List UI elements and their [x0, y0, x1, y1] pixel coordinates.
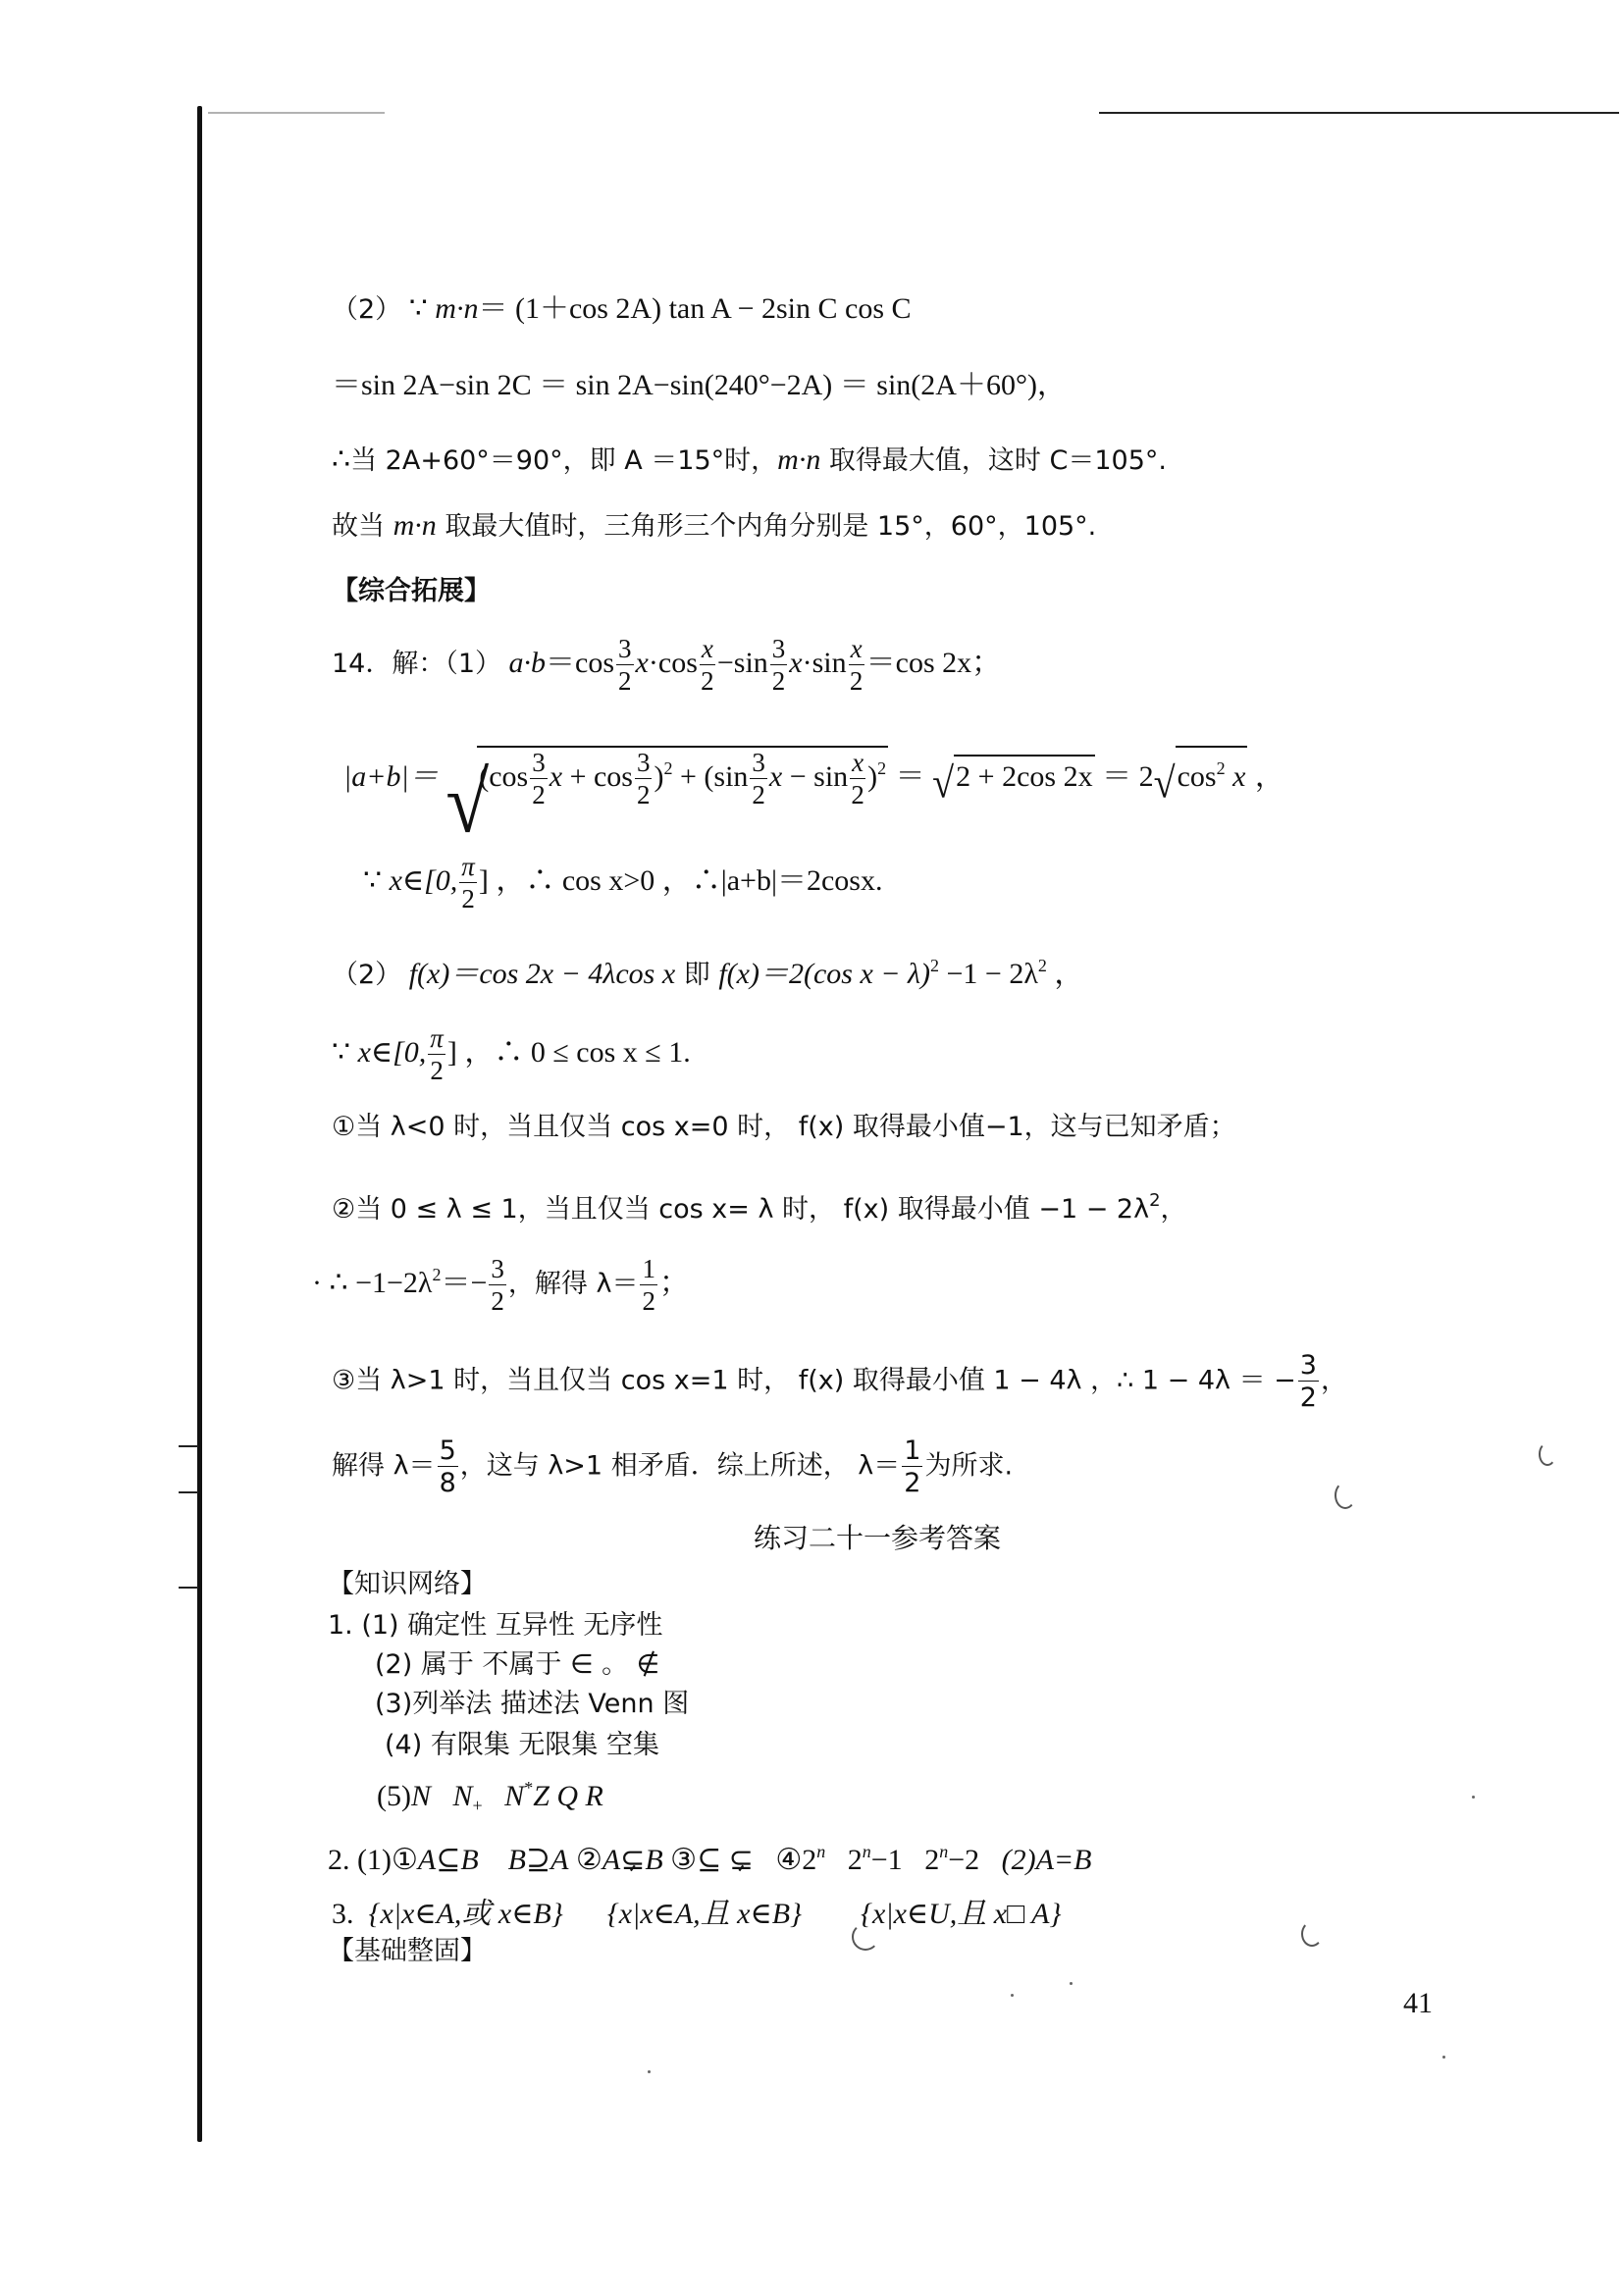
fraction: 32: [1298, 1352, 1319, 1411]
top-rule-faint-left: [208, 112, 385, 114]
fraction: x2: [850, 750, 865, 809]
square-root: 2 + 2cos 2x: [932, 755, 1094, 796]
q14-ab-line: 14．解：（1） a·b＝cos32x·cosx2−sin32x·sinx2＝c…: [332, 636, 1001, 695]
fraction: π2: [459, 854, 477, 913]
scan-artifact: [1070, 1982, 1073, 1985]
fraction: 12: [902, 1437, 922, 1496]
exercise21-title: 练习二十一参考答案: [754, 1520, 1001, 1557]
q14-range-line: ∵ x∈[0,π2] ，∴ 0 ≤ cos x ≤ 1.: [332, 1025, 691, 1084]
page-number: 41: [1403, 1987, 1433, 2020]
item1-line1: 1. (1) 确定性 互异性 无序性: [328, 1607, 662, 1644]
scan-artifact: [1011, 1994, 1014, 1997]
item1-line4: (4) 有限集 无限集 空集: [385, 1727, 659, 1764]
q14-abs-line: |a+b|＝ (cos32x + cos32)2 + (sin32x − sin…: [343, 746, 1284, 809]
section-heading-knowledge: 【知识网络】: [328, 1566, 487, 1603]
section-heading-foundation: 【基础整固】: [328, 1933, 487, 1970]
fraction: 58: [438, 1437, 458, 1496]
scan-artifact: [1335, 1482, 1356, 1509]
fraction: x2: [700, 636, 715, 695]
scan-artifact: [1539, 1442, 1556, 1466]
fraction: 12: [640, 1256, 657, 1315]
union-set: {x|x∈A,或 x∈B}: [369, 1898, 563, 1930]
q14-case3: ③当 λ>1 时，当且仅当 cos x=1 时， f(x) 取得最小值 1 − …: [332, 1352, 1347, 1411]
scan-artifact: [1301, 1921, 1323, 1947]
item2-line: 2. (1)①A⊆B B⊇A ②A⊊B ③⊆ ⊊ ④2n 2n−1 2n−2 (…: [328, 1833, 1091, 1879]
part2-line4: 故当 m·n 取最大值时，三角形三个内角分别是 15°，60°，105°.: [332, 507, 1096, 546]
scan-artifact: [648, 2070, 651, 2073]
margin-tick: [179, 1445, 198, 1447]
left-margin-rule: [197, 106, 202, 2142]
fraction: 32: [770, 636, 788, 695]
top-rule: [1099, 112, 1619, 114]
fraction: 32: [530, 750, 548, 809]
scan-artifact: [1472, 1796, 1475, 1799]
part2-line2: ＝sin 2A−sin 2C ＝ sin 2A−sin(240°−2A) ＝ s…: [332, 367, 1067, 404]
fraction: x2: [849, 636, 864, 695]
fraction: 32: [635, 750, 653, 809]
scanned-page: （2） ∵ m·n＝ (1＋cos 2A) tan A − 2sin C cos…: [0, 0, 1623, 2296]
fraction: 32: [489, 1256, 506, 1315]
q14-case1: ①当 λ<0 时，当且仅当 cos x=0 时， f(x) 取得最小值−1，这与…: [332, 1109, 1236, 1146]
fraction: π2: [428, 1025, 445, 1084]
item3-line: 3. {x|x∈A,或 x∈B} {x|x∈A,且 x∈B} {x|x∈U,且 …: [332, 1896, 1062, 1933]
item1-line2: (2) 属于 不属于 ∈ 。 ∉: [375, 1646, 659, 1684]
square-root: cos2 x: [1154, 746, 1248, 796]
item1-line5: (5)N N+ N*Z Q R: [377, 1769, 603, 1824]
section-heading-comprehensive: 【综合拓展】: [332, 573, 491, 610]
fraction: 32: [616, 636, 634, 695]
item1-line3: (3)列举法 描述法 Venn 图: [375, 1686, 689, 1723]
part2-line1: （2） ∵ m·n＝ (1＋cos 2A) tan A − 2sin C cos…: [332, 290, 912, 329]
intersection-set: {x|x∈A,且 x∈B}: [607, 1898, 802, 1930]
part2-line3: ∴当 2A+60°＝90°，即 A ＝15°时，m·n 取得最大值，这时 C＝1…: [332, 442, 1167, 480]
square-root: (cos32x + cos32)2 + (sin32x − sinx2)2: [445, 746, 888, 809]
q14-case2: ②当 0 ≤ λ ≤ 1，当且仅当 cos x= λ 时， f(x) 取得最小值…: [332, 1182, 1187, 1228]
q14-domain-line: ∵ x∈[0,π2] ，∴ cos x>0 ，∴|a+b|＝2cosx.: [363, 854, 882, 913]
scan-artifact: [852, 1923, 879, 1951]
q14-conclusion: 解得 λ＝58，这与 λ>1 相矛盾．综上所述， λ＝12为所求.: [332, 1437, 1013, 1496]
q14-case2-solve: · ∴ −1−2λ2＝−32，解得 λ＝12；: [312, 1256, 689, 1315]
fraction: 32: [750, 750, 767, 809]
complement-set: {x|x∈U,且 x□ A}: [861, 1898, 1061, 1930]
scan-artifact: [1442, 2056, 1445, 2059]
margin-tick: [179, 1587, 198, 1589]
margin-tick: [179, 1491, 198, 1493]
q14-part2-line: （2） f(x)＝cos 2x − 4λcos x 即 f(x)＝2(cos x…: [332, 947, 1083, 994]
